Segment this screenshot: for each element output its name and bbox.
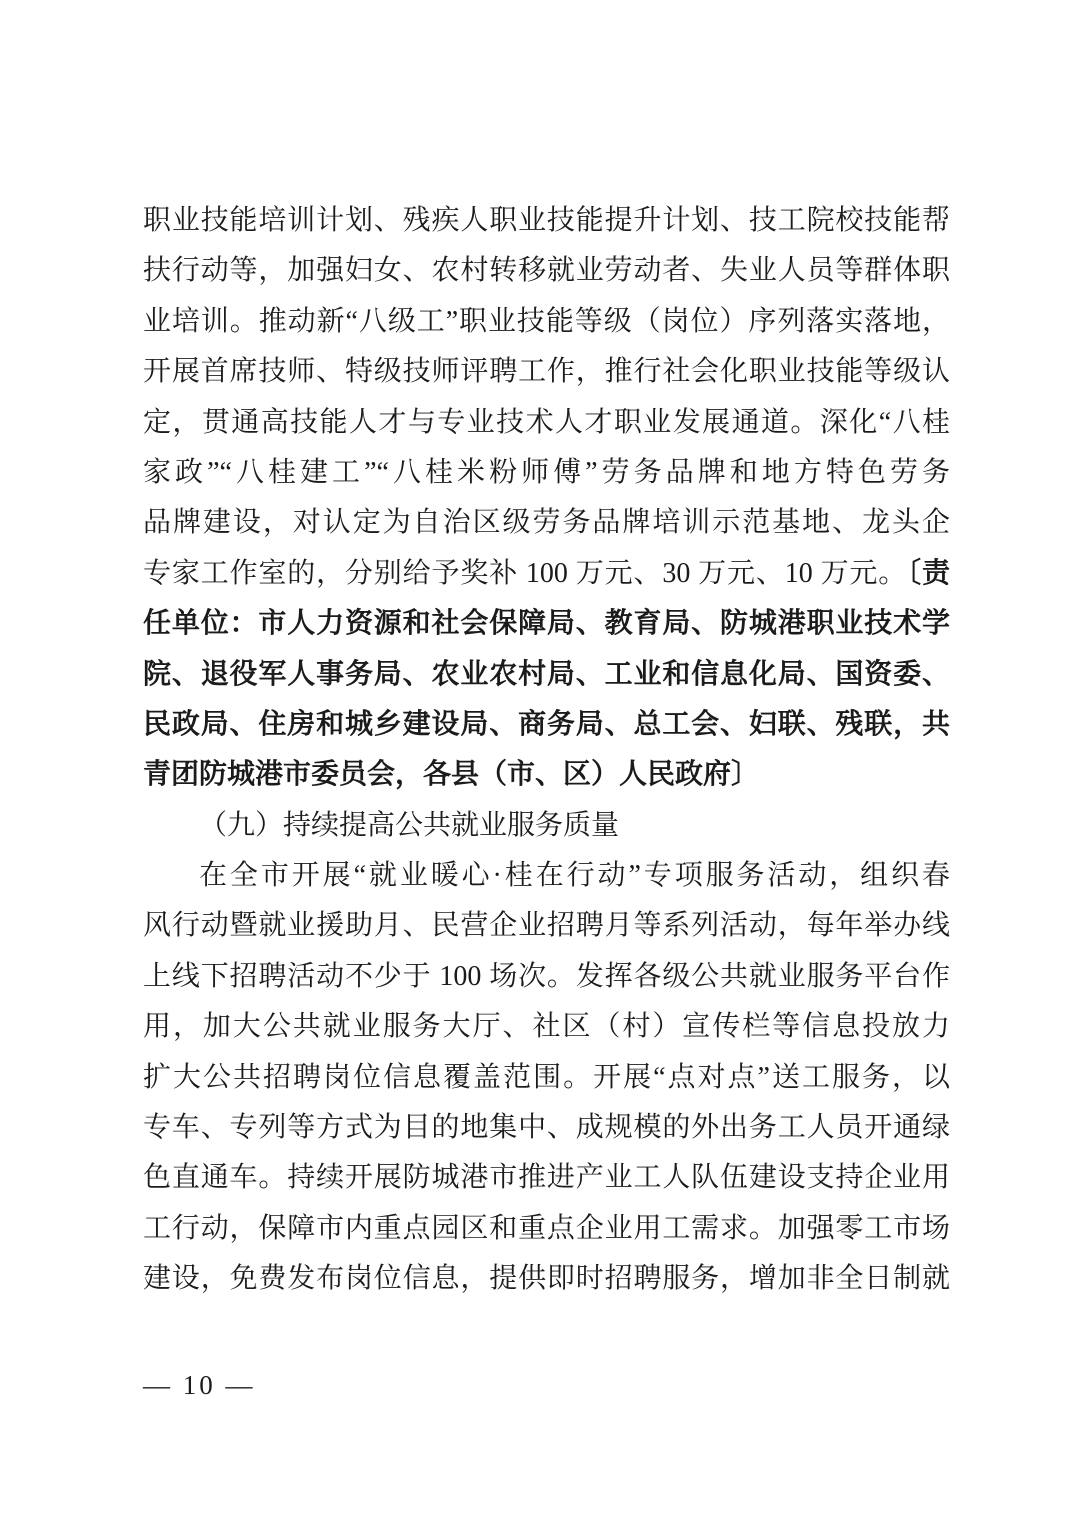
- document-line: 色直通车。持续开展防城港市推进产业工人队伍建设支持企业用: [143, 1153, 950, 1203]
- document-line: 开展首席技师、特级技师评聘工作，推行社会化职业技能等级认: [143, 347, 950, 397]
- document-line: 家政”“八桂建工”“八桂米粉师傅”劳务品牌和地方特色劳务: [143, 448, 950, 498]
- page-number: — 10 —: [143, 1370, 256, 1400]
- body-text: 用，加大公共就业服务大厅、社区（村）宣传栏等信息投放力度，: [143, 1011, 950, 1052]
- document-line: 品牌建设，对认定为自治区级劳务品牌培训示范基地、龙头企业、: [143, 498, 950, 548]
- responsible-unit-text: 〔责: [907, 558, 950, 589]
- body-text: 定，贯通高技能人才与专业技术人才职业发展通道。深化“八桂: [143, 407, 950, 438]
- document-line: 扶行动等，加强妇女、农村转移就业劳动者、失业人员等群体职: [143, 246, 950, 296]
- document-line: 在全市开展“就业暖心·桂在行动”专项服务活动，组织春: [143, 851, 950, 901]
- responsible-unit-text: 青团防城港市委员会，各县（市、区）人民政府〕: [143, 759, 759, 790]
- responsible-unit-text: 任单位：市人力资源和社会保障局、教育局、防城港职业技术学: [143, 608, 950, 639]
- body-text: 家政”“八桂建工”“八桂米粉师傅”劳务品牌和地方特色劳务: [143, 457, 950, 488]
- document-line: 专家工作室的，分别给予奖补 100 万元、30 万元、10 万元。〔责: [143, 549, 950, 599]
- body-text: 职业技能培训计划、残疾人职业技能提升计划、技工院校技能帮: [143, 205, 950, 236]
- page-footer: — 10 —: [143, 1370, 256, 1401]
- document-line: 定，贯通高技能人才与专业技术人才职业发展通道。深化“八桂: [143, 398, 950, 448]
- document-line: 用，加大公共就业服务大厅、社区（村）宣传栏等信息投放力度，: [143, 1002, 950, 1052]
- document-line: 建设，免费发布岗位信息，提供即时招聘服务，增加非全日制就: [143, 1254, 950, 1304]
- body-text: 专家工作室的，分别给予奖补 100 万元、30 万元、10 万元。: [143, 558, 907, 589]
- document-line: 风行动暨就业援助月、民营企业招聘月等系列活动，每年举办线: [143, 901, 950, 951]
- body-text: 扶行动等，加强妇女、农村转移就业劳动者、失业人员等群体职: [143, 255, 950, 286]
- document-line: 上线下招聘活动不少于 100 场次。发挥各级公共就业服务平台作: [143, 952, 950, 1002]
- document-line: 民政局、住房和城乡建设局、商务局、总工会、妇联、残联，共: [143, 700, 950, 750]
- body-text: 色直通车。持续开展防城港市推进产业工人队伍建设支持企业用: [143, 1162, 950, 1193]
- body-text: 工行动，保障市内重点园区和重点企业用工需求。加强零工市场: [143, 1213, 950, 1244]
- body-text: （九）持续提高公共就业服务质量: [199, 810, 619, 841]
- responsible-unit-text: 院、退役军人事务局、农业农村局、工业和信息化局、国资委、: [143, 659, 950, 690]
- document-line: 职业技能培训计划、残疾人职业技能提升计划、技工院校技能帮: [143, 196, 950, 246]
- body-text: 风行动暨就业援助月、民营企业招聘月等系列活动，每年举办线: [143, 910, 950, 941]
- document-body: 职业技能培训计划、残疾人职业技能提升计划、技工院校技能帮扶行动等，加强妇女、农村…: [143, 196, 950, 1305]
- document-line: 扩大公共招聘岗位信息覆盖范围。开展“点对点”送工服务，以: [143, 1053, 950, 1103]
- body-text: 业培训。推动新“八级工”职业技能等级（岗位）序列落实落地，: [143, 306, 950, 337]
- document-line: 专车、专列等方式为目的地集中、成规模的外出务工人员开通绿: [143, 1103, 950, 1153]
- document-line: 青团防城港市委员会，各县（市、区）人民政府〕: [143, 750, 950, 800]
- body-text: 专车、专列等方式为目的地集中、成规模的外出务工人员开通绿: [143, 1112, 950, 1143]
- document-line: 工行动，保障市内重点园区和重点企业用工需求。加强零工市场: [143, 1204, 950, 1254]
- body-text: 上线下招聘活动不少于 100 场次。发挥各级公共就业服务平台作: [143, 961, 950, 992]
- document-line: 任单位：市人力资源和社会保障局、教育局、防城港职业技术学: [143, 599, 950, 649]
- body-text: 在全市开展“就业暖心·桂在行动”专项服务活动，组织春: [199, 860, 950, 891]
- body-text: 扩大公共招聘岗位信息覆盖范围。开展“点对点”送工服务，以: [143, 1062, 950, 1093]
- document-line: 院、退役军人事务局、农业农村局、工业和信息化局、国资委、: [143, 650, 950, 700]
- document-line: 业培训。推动新“八级工”职业技能等级（岗位）序列落实落地，: [143, 297, 950, 347]
- body-text: 品牌建设，对认定为自治区级劳务品牌培训示范基地、龙头企业、: [143, 507, 950, 548]
- section-heading: （九）持续提高公共就业服务质量: [143, 801, 950, 851]
- body-text: 建设，免费发布岗位信息，提供即时招聘服务，增加非全日制就: [143, 1263, 950, 1294]
- body-text: 开展首席技师、特级技师评聘工作，推行社会化职业技能等级认: [143, 356, 950, 387]
- responsible-unit-text: 民政局、住房和城乡建设局、商务局、总工会、妇联、残联，共: [143, 709, 950, 740]
- document-page: 职业技能培训计划、残疾人职业技能提升计划、技工院校技能帮扶行动等，加强妇女、农村…: [0, 0, 1074, 1520]
